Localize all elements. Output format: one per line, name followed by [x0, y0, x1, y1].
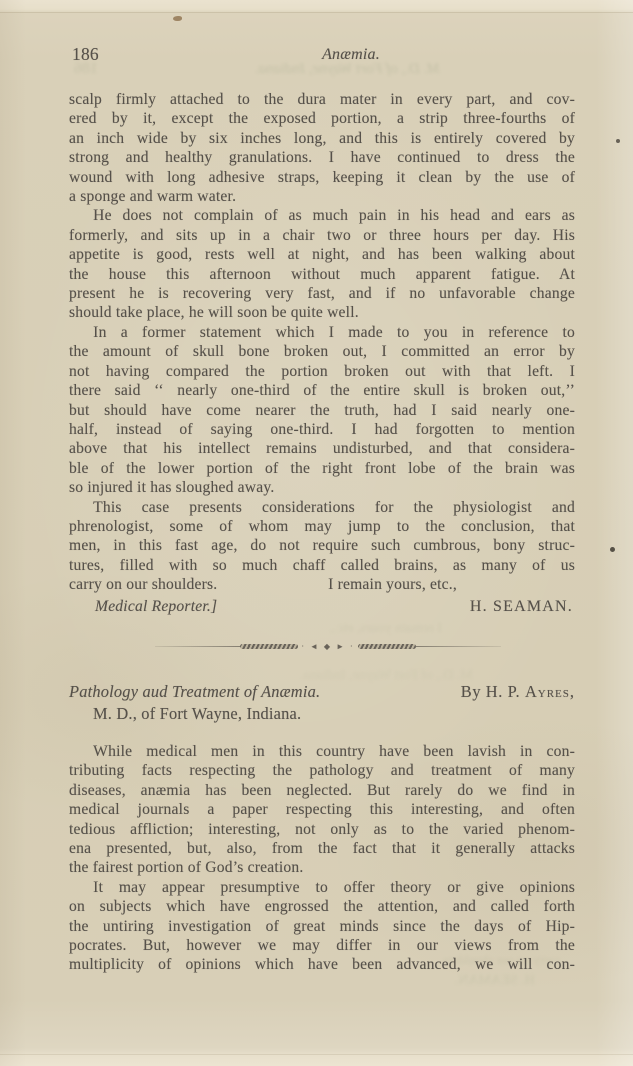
text-line: diseases, anæmia has been neglected. But…: [69, 781, 575, 800]
text-line: tedious affliction; interesting, not onl…: [69, 820, 575, 839]
paragraph: scalp firmly attached to the dura mater …: [69, 90, 575, 206]
text-line: appetite is good, rests well at night, a…: [69, 245, 575, 264]
running-head: Anæmia.: [69, 46, 609, 64]
text-line: present he is recovering very fast, and …: [69, 284, 575, 303]
paragraph: In a former statement which I made to yo…: [69, 323, 575, 498]
closing-right-text: I remain yours, etc.,: [328, 575, 575, 594]
text-line: It may appear presumptive to offer theor…: [69, 878, 575, 897]
bleedthrough-text: H. SEAMAN.: [455, 973, 535, 989]
text-line: half, instead of saying one-third. I had…: [69, 420, 575, 439]
title-line-1: Pathology aud Treatment of Anæmia. By H.…: [69, 681, 575, 703]
author-signature: H. SEAMAN.: [470, 597, 575, 616]
divider-rule-left: [155, 646, 240, 647]
byline: By H. P. Ayres,: [461, 681, 575, 703]
title-italic-text: Pathology aud Treatment of Anæmia.: [69, 681, 320, 703]
text-line: not having compared the portion broken o…: [69, 362, 575, 381]
text-line: men, in this fast age, do not require su…: [69, 536, 575, 555]
text-line: ered by it, except the exposed portion, …: [69, 109, 575, 128]
paragraph: It may appear presumptive to offer theor…: [69, 878, 575, 975]
divider-braid-left: [240, 644, 298, 649]
text-line: the amount of skull bone broken out, I c…: [69, 342, 575, 361]
text-line: ble of the lower portion of the right fr…: [69, 459, 575, 478]
text-line: the fairest portion of God’s creation.: [69, 858, 575, 877]
paper-crease-bottom: [0, 1054, 633, 1055]
text-line: there said ‘‘ nearly one-third of the en…: [69, 381, 575, 400]
text-line: scalp firmly attached to the dura mater …: [69, 90, 575, 109]
text-line: tures, filled with so much chaff called …: [69, 556, 575, 575]
text-line: wound with long adhesive straps, keeping…: [69, 168, 575, 187]
source-note: Medical Reporter.]: [69, 597, 217, 616]
text-line: multiplicity of opinions which have been…: [69, 955, 575, 974]
text-line: While medical men in this country have b…: [69, 742, 575, 761]
article-ayres-title: Pathology aud Treatment of Anæmia. By H.…: [69, 681, 575, 725]
text-line: In a former statement which I made to yo…: [69, 323, 575, 342]
article-paragraphs: scalp firmly attached to the dura mater …: [69, 90, 575, 575]
divider-braid-right: [358, 644, 416, 649]
text-line: above that his intellect remains undistu…: [69, 439, 575, 458]
divider-center-ornament-icon: · ◄ ◆ ► ·: [298, 643, 357, 651]
text-line: tributing facts respecting the pathology…: [69, 761, 575, 780]
ornamental-divider: · ◄ ◆ ► ·: [155, 643, 501, 651]
paragraph: This case presents considerations for th…: [69, 498, 575, 576]
article-ayres-body: While medical men in this country have b…: [69, 742, 575, 975]
paper-crease-top: [0, 12, 633, 13]
text-line: should take place, he will soon be quite…: [69, 303, 575, 322]
article-seaman-body: scalp firmly attached to the dura mater …: [69, 90, 575, 651]
paper-speck: [616, 139, 620, 143]
paper-speck: [173, 16, 182, 21]
byline-prefix: By H. P.: [461, 682, 525, 701]
closing-left-text: carry on our shoulders.: [69, 575, 217, 594]
text-line: He does not complain of as much pain in …: [69, 206, 575, 225]
text-line: a sponge and warm water.: [69, 187, 575, 206]
text-line: pocrates. But, however we may differ in …: [69, 936, 575, 955]
text-line: but should have come nearer the truth, h…: [69, 401, 575, 420]
text-line: formerly, and sits up in a chair two or …: [69, 226, 575, 245]
text-line: on subjects which have engrossed the att…: [69, 897, 575, 916]
text-line: This case presents considerations for th…: [69, 498, 575, 517]
byline-author-name: Ayres,: [525, 682, 575, 701]
text-line: ena presented, but, also, from the fact …: [69, 839, 575, 858]
scanned-journal-page: 186 M. D., of Fort Wayne, Indiana. I rem…: [0, 0, 633, 1066]
signature-row: Medical Reporter.] H. SEAMAN.: [69, 597, 575, 616]
divider-rule-right: [416, 646, 501, 647]
paragraph: While medical men in this country have b…: [69, 742, 575, 878]
text-line: phrenologist, some of whom may jump to t…: [69, 517, 575, 536]
paragraph: He does not complain of as much pain in …: [69, 206, 575, 322]
text-line: medical journals a paper respecting this…: [69, 800, 575, 819]
text-line: strong and healthy granulations. I have …: [69, 148, 575, 167]
text-line: an inch wide by six inches long, and thi…: [69, 129, 575, 148]
title-line-2: M. D., of Fort Wayne, Indiana.: [69, 703, 575, 725]
closing-line: carry on our shoulders. I remain yours, …: [69, 575, 575, 594]
text-line: the untiring investigation of great mind…: [69, 917, 575, 936]
text-line: the house this afternoon without much ap…: [69, 265, 575, 284]
article-paragraphs: While medical men in this country have b…: [69, 742, 575, 975]
paper-speck: [610, 547, 615, 552]
text-line: so injured it has sloughed away.: [69, 478, 575, 497]
